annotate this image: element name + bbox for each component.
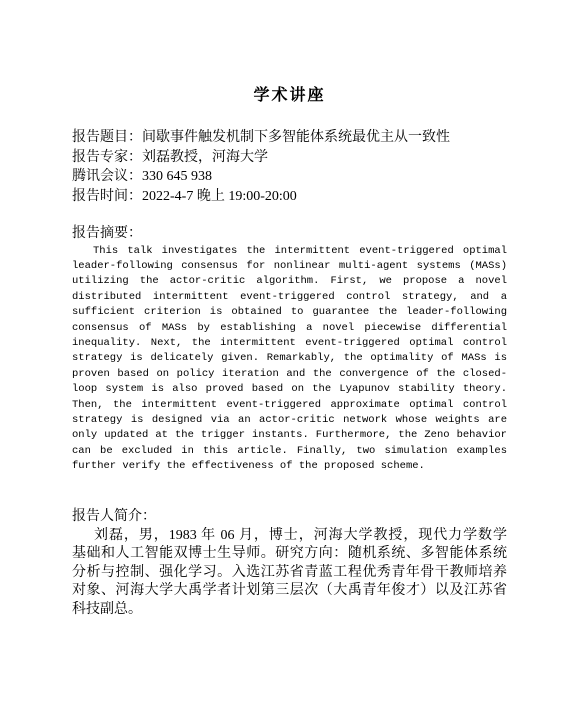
abstract-line: consensus of MASs by establishing a nove… xyxy=(72,321,507,336)
info-row-speaker: 报告专家：刘磊教授，河海大学 xyxy=(72,148,532,168)
info-row-topic: 报告题目：间歇事件触发机制下多智能体系统最优主从一致性 xyxy=(72,128,532,148)
abstract-line: only updated at the trigger instants. Fu… xyxy=(72,428,507,443)
bio-line: 基础和人工智能双博士生导师。研究方向：随机系统、多智能体系统 xyxy=(72,545,507,564)
info-label-speaker: 报告专家： xyxy=(72,150,142,165)
abstract-line: utilizing the actor-critic algorithm. Fi… xyxy=(72,274,507,289)
document-page: 学术讲座 报告题目：间歇事件触发机制下多智能体系统最优主从一致性 报告专家：刘磊… xyxy=(0,0,568,712)
lecture-info-block: 报告题目：间歇事件触发机制下多智能体系统最优主从一致性 报告专家：刘磊教授，河海… xyxy=(72,128,532,207)
bio-line: 科技副总。 xyxy=(72,601,507,620)
bio-line: 对象、河海大学大禹学者计划第三层次（大禹青年俊才）以及江苏省 xyxy=(72,582,507,601)
info-label-topic: 报告题目： xyxy=(72,130,142,145)
abstract-line: proven based on policy iteration and the… xyxy=(72,367,507,382)
abstract-line: can be excluded in this article. Finally… xyxy=(72,444,507,459)
info-value-topic: 间歇事件触发机制下多智能体系统最优主从一致性 xyxy=(142,130,450,145)
abstract-line: further verify the effectiveness of the … xyxy=(72,459,507,474)
bio-heading: 报告人简介： xyxy=(72,507,507,527)
info-value-speaker: 刘磊教授，河海大学 xyxy=(142,150,268,165)
abstract-section: 报告摘要： This talk investigates the intermi… xyxy=(72,224,507,475)
abstract-line: strategy is delicately given. Remarkably… xyxy=(72,351,507,366)
bio-section: 报告人简介： 刘磊，男，1983 年 06 月，博士，河海大学教授，现代力学数学… xyxy=(72,507,507,620)
info-row-meeting: 腾讯会议：330 645 938 xyxy=(72,167,532,187)
page-title: 学术讲座 xyxy=(72,86,507,106)
abstract-line: This talk investigates the intermittent … xyxy=(72,244,507,259)
abstract-line: Then, the intermittent event-triggered a… xyxy=(72,398,507,413)
abstract-line: distributed intermittent event-triggered… xyxy=(72,290,507,305)
abstract-line: leader-following consensus for nonlinear… xyxy=(72,259,507,274)
abstract-line: strategy is designed via an actor-critic… xyxy=(72,413,507,428)
info-value-time: 2022-4-7 晚上 19:00-20:00 xyxy=(142,189,297,204)
info-label-meeting: 腾讯会议： xyxy=(72,169,142,184)
info-value-meeting: 330 645 938 xyxy=(142,169,212,184)
bio-line: 分析与控制、强化学习。入选江苏省青蓝工程优秀青年骨干教师培养 xyxy=(72,564,507,583)
info-row-time: 报告时间：2022-4-7 晚上 19:00-20:00 xyxy=(72,187,532,207)
bio-line: 刘磊，男，1983 年 06 月，博士，河海大学教授，现代力学数学 xyxy=(72,527,507,546)
abstract-heading: 报告摘要： xyxy=(72,224,507,244)
info-label-time: 报告时间： xyxy=(72,189,142,204)
abstract-line: loop system is also proved based on the … xyxy=(72,382,507,397)
abstract-line: sufficient criterion is obtained to guar… xyxy=(72,305,507,320)
abstract-line: inequality. Next, the intermittent event… xyxy=(72,336,507,351)
